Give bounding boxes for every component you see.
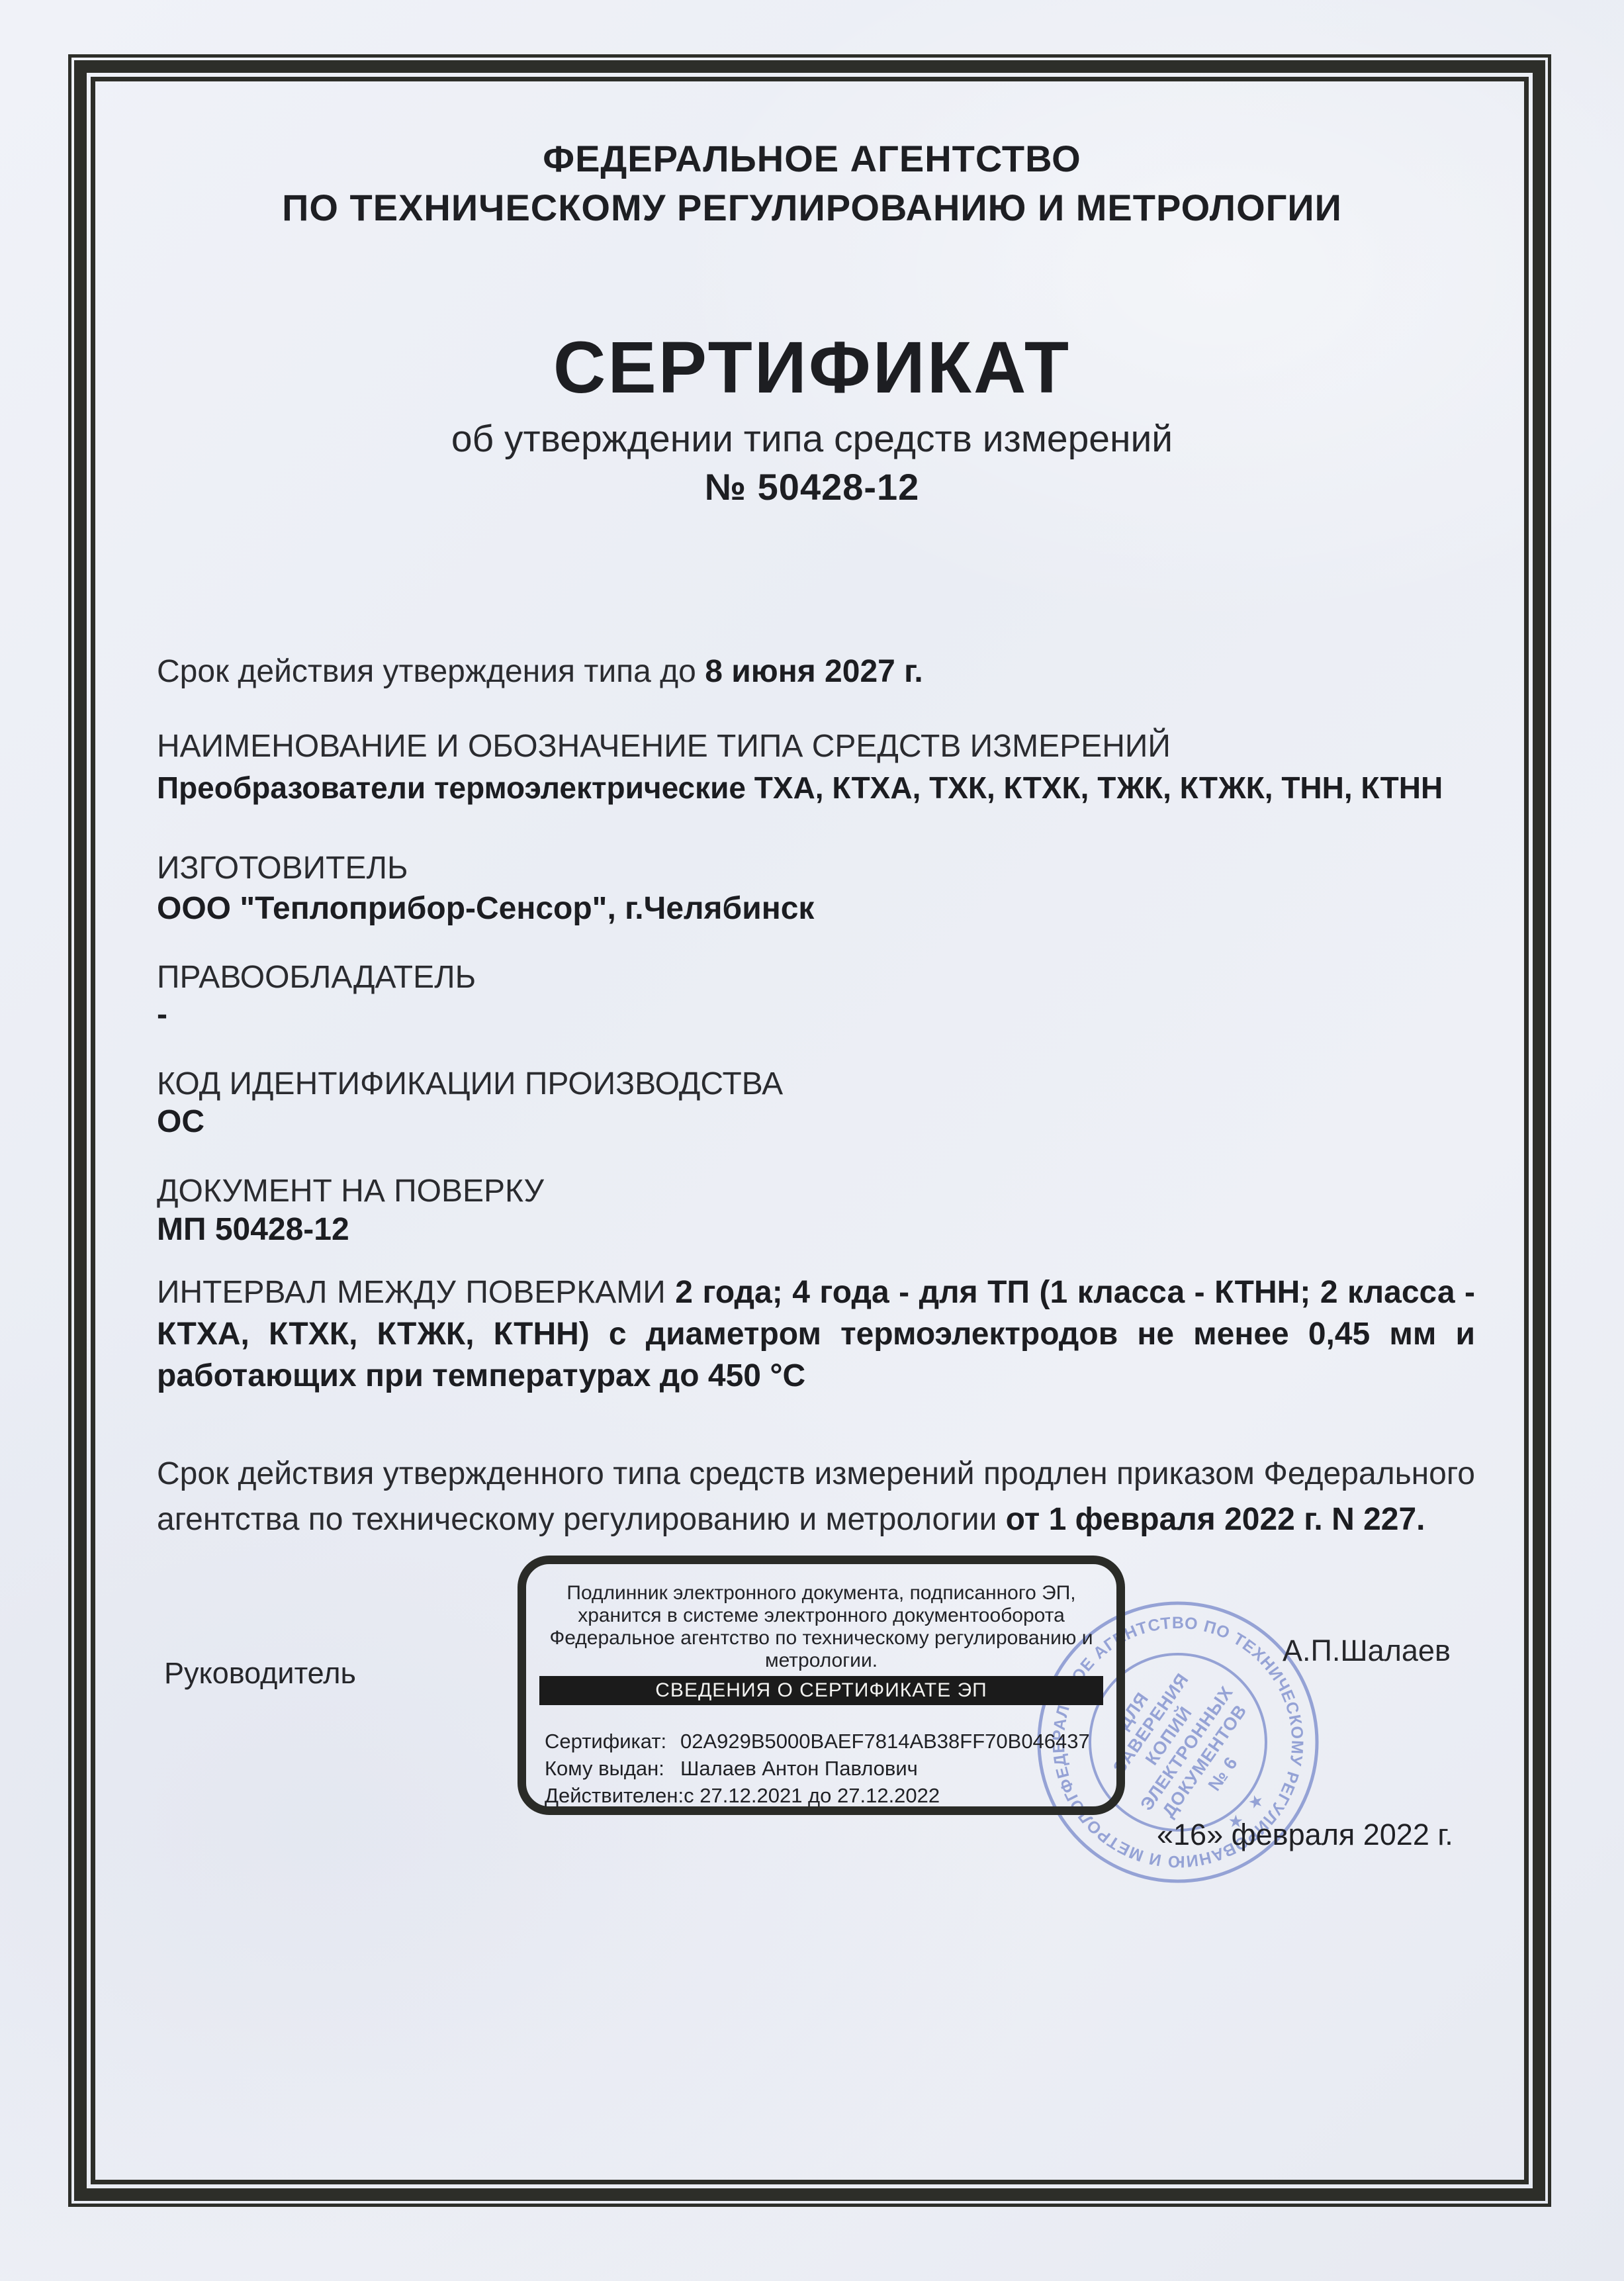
manufacturer-value-text: ООО "Теплоприбор-Сенсор", г.Челябинск	[157, 891, 814, 926]
verification-doc-label: ДОКУМЕНТ НА ПОВЕРКУ	[157, 1172, 1475, 1211]
signature-date: «16» февраля 2022 г.	[1157, 1818, 1453, 1852]
production-code-value-text: ОС	[157, 1104, 204, 1139]
esign-description: Подлинник электронного документа, подпис…	[549, 1582, 1094, 1672]
rightholder-label: ПРАВООБЛАДАТЕЛЬ	[157, 958, 1475, 998]
rightholder-value: -	[157, 995, 1475, 1035]
name-value-text: Преобразователи термоэлектрические ТХА, …	[157, 770, 1443, 805]
interval-prefix: ИНТЕРВАЛ МЕЖДУ ПОВЕРКАМИ	[157, 1275, 675, 1310]
production-code-value: ОС	[157, 1102, 1475, 1142]
esign-cert-row: Сертификат:02A929B5000BAEF7814AB38FF70B0…	[545, 1728, 1116, 1755]
signer-role: Руководитель	[164, 1656, 356, 1691]
name-label: НАИМЕНОВАНИЕ И ОБОЗНАЧЕНИЕ ТИПА СРЕДСТВ …	[157, 727, 1475, 767]
esign-description-line-1: Подлинник электронного документа, подпис…	[549, 1582, 1094, 1605]
signer-name: А.П.Шалаев	[1283, 1634, 1451, 1668]
validity-value: 8 июня 2027 г.	[705, 654, 923, 689]
verification-doc-value-text: МП 50428-12	[157, 1212, 349, 1247]
esign-box: Подлинник электронного документа, подпис…	[518, 1556, 1125, 1815]
certificate-number: № 50428-12	[0, 465, 1624, 508]
esign-cert-label: Сертификат:	[545, 1728, 680, 1755]
document-title: СЕРТИФИКАТ	[0, 326, 1624, 410]
esign-bar-title: СВЕДЕНИЯ О СЕРТИФИКАТЕ ЭП	[539, 1676, 1103, 1705]
certificate-page: ФЕДЕРАЛЬНОЕ АГЕНТСТВО ПО ТЕХНИЧЕСКОМУ РЕ…	[0, 0, 1624, 2281]
agency-line-2: ПО ТЕХНИЧЕСКОМУ РЕГУЛИРОВАНИЮ И МЕТРОЛОГ…	[0, 183, 1624, 232]
esign-description-line-4: метрологии.	[549, 1650, 1094, 1672]
esign-valid-label: Действителен:	[545, 1782, 684, 1809]
production-code-label: КОД ИДЕНТИФИКАЦИИ ПРОИЗВОДСТВА	[157, 1064, 1475, 1104]
esign-issued-row: Кому выдан:Шалаев Антон Павлович	[545, 1755, 1116, 1782]
interval-paragraph: ИНТЕРВАЛ МЕЖДУ ПОВЕРКАМИ 2 года; 4 года …	[157, 1272, 1475, 1397]
document-subtitle: об утверждении типа средств измерений	[0, 417, 1624, 461]
esign-description-line-3: Федеральное агентство по техническому ре…	[549, 1627, 1094, 1650]
esign-details: Сертификат:02A929B5000BAEF7814AB38FF70B0…	[545, 1728, 1116, 1809]
esign-cert-value: 02A929B5000BAEF7814AB38FF70B046437	[680, 1730, 1090, 1753]
manufacturer-value: ООО "Теплоприбор-Сенсор", г.Челябинск	[157, 889, 1475, 929]
agency-name: ФЕДЕРАЛЬНОЕ АГЕНТСТВО ПО ТЕХНИЧЕСКОМУ РЕ…	[0, 134, 1624, 232]
esign-issued-value: Шалаев Антон Павлович	[680, 1757, 918, 1780]
validity-prefix: Срок действия утверждения типа до	[157, 654, 705, 689]
manufacturer-label: ИЗГОТОВИТЕЛЬ	[157, 849, 1475, 888]
esign-valid-value: с 27.12.2021 до 27.12.2022	[684, 1784, 940, 1807]
validity-line: Срок действия утверждения типа до 8 июня…	[157, 652, 1475, 692]
esign-description-line-2: хранится в системе электронного документ…	[549, 1605, 1094, 1627]
verification-doc-value: МП 50428-12	[157, 1210, 1475, 1250]
prolongation-value: от 1 февраля 2022 г. N 227.	[1006, 1502, 1425, 1537]
agency-line-1: ФЕДЕРАЛЬНОЕ АГЕНТСТВО	[0, 134, 1624, 183]
rightholder-value-text: -	[157, 997, 167, 1032]
esign-valid-row: Действителен:с 27.12.2021 до 27.12.2022	[545, 1782, 1116, 1809]
prolongation-paragraph: Срок действия утвержденного типа средств…	[157, 1451, 1475, 1542]
esign-issued-label: Кому выдан:	[545, 1755, 680, 1782]
name-value: Преобразователи термоэлектрические ТХА, …	[157, 769, 1475, 808]
